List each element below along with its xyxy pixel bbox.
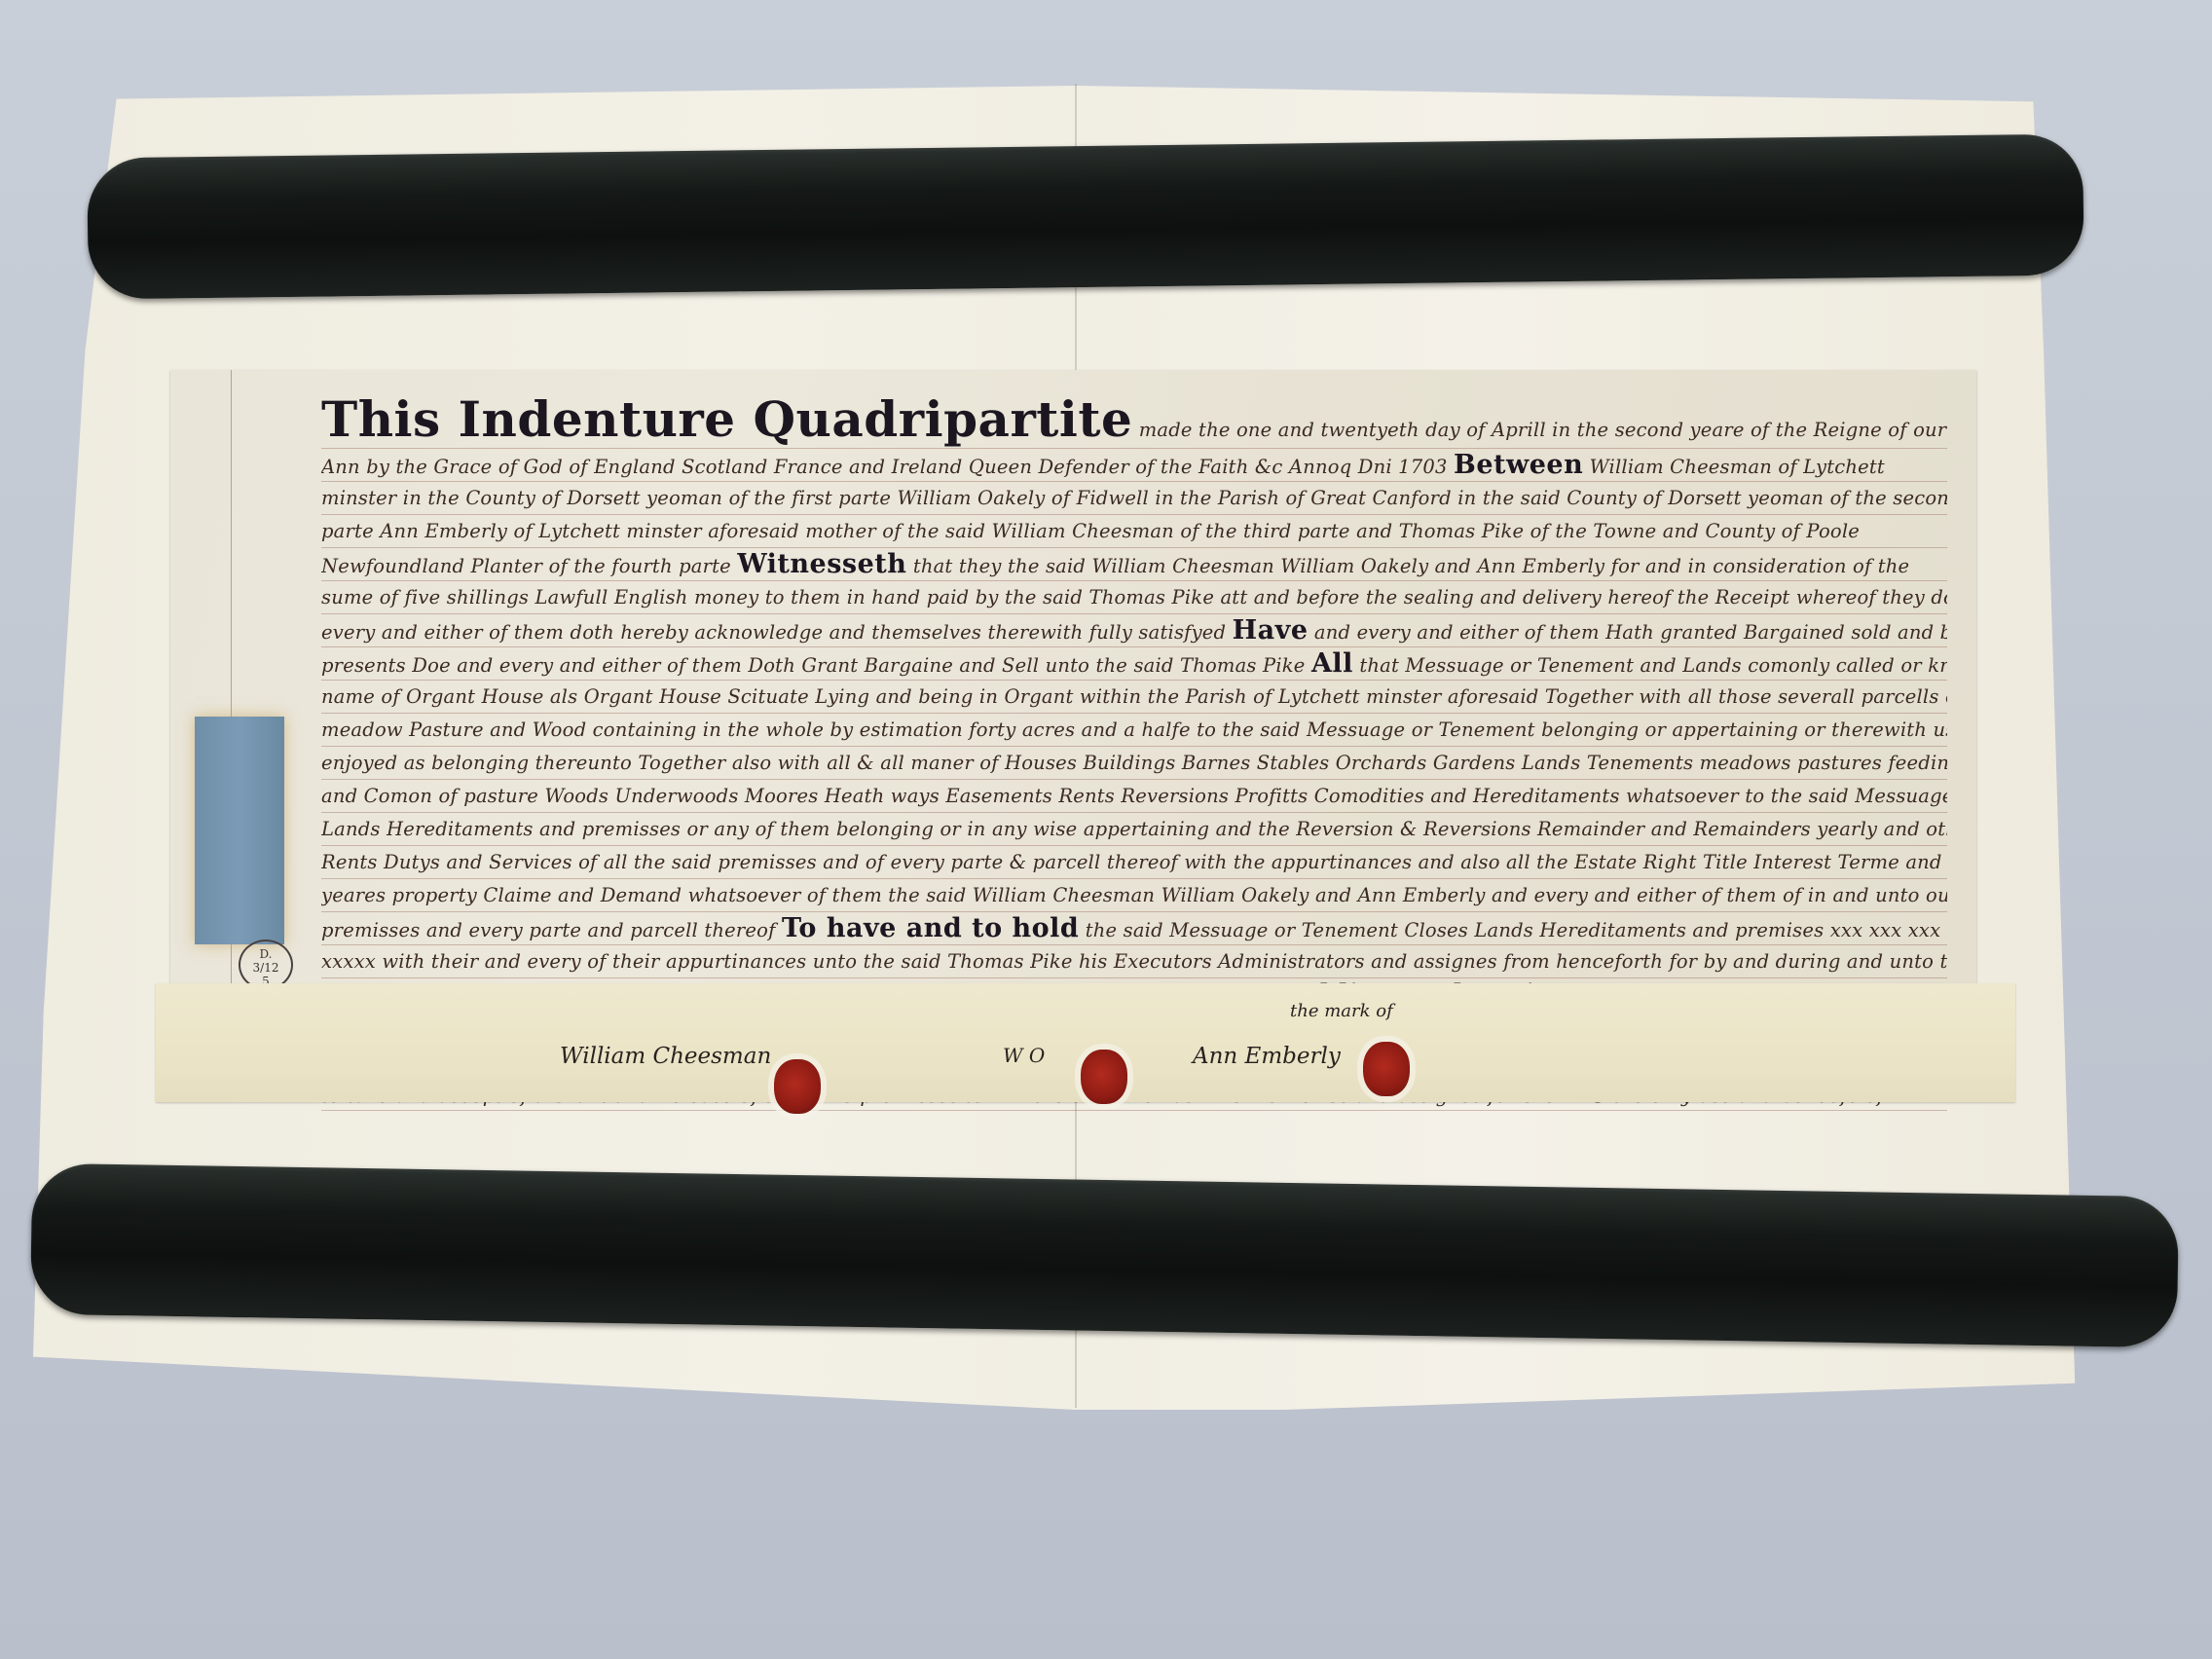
keyword-witnesseth: Witnesseth: [737, 549, 906, 579]
seal-strip: William Cheesman W O the mark of Ann Emb…: [156, 983, 2015, 1102]
blue-ribbon-tag: [195, 717, 284, 944]
deed-line-13: Lands Hereditaments and premisses or any…: [321, 813, 1947, 846]
deed-line-5: Newfoundland Planter of the fourth parte…: [321, 548, 1947, 581]
keyword-all: All: [1311, 648, 1353, 679]
deed-line-4: parte Ann Emberly of Lytchett minster af…: [321, 515, 1947, 548]
deed-line-8: presents Doe and every and either of the…: [321, 647, 1947, 681]
signature-ann-emberly: Ann Emberly: [1193, 1044, 1341, 1069]
wax-seal-3: [1363, 1042, 1410, 1096]
deed-line-9: name of Organt House als Organt House Sc…: [321, 681, 1947, 714]
deed-line-10: meadow Pasture and Wood containing in th…: [321, 714, 1947, 747]
indenture-parchment: This Indenture Quadripartite made the on…: [170, 370, 1976, 993]
deed-line-2: Ann by the Grace of God of England Scotl…: [321, 449, 1947, 482]
signature-note-mark-of: the mark of: [1290, 1001, 1393, 1021]
deed-line-6: sume of five shillings Lawfull English m…: [321, 581, 1947, 614]
deed-line-15: yeares property Claime and Demand whatso…: [321, 879, 1947, 912]
deed-line-11: enjoyed as belonging thereunto Together …: [321, 747, 1947, 780]
signature-william-cheesman: William Cheesman: [560, 1044, 771, 1069]
deed-heading: This Indenture Quadripartite: [321, 391, 1132, 448]
keyword-have: Have: [1233, 615, 1309, 645]
deed-line-17: xxxxx with their and every of their appu…: [321, 945, 1947, 978]
deed-line-14: Rents Dutys and Services of all the said…: [321, 846, 1947, 879]
keyword-to-have-and-to-hold: To have and to hold: [782, 913, 1079, 943]
deed-line-1: This Indenture Quadripartite made the on…: [321, 391, 1947, 449]
deed-line-7: every and either of them doth hereby ack…: [321, 614, 1947, 647]
top-document-weight[interactable]: [87, 133, 2084, 299]
deed-line-3: minster in the County of Dorsett yeoman …: [321, 482, 1947, 515]
signature-william-oakely-mark: W O: [1003, 1044, 1045, 1067]
keyword-between: Between: [1454, 450, 1583, 480]
wax-seal-1: [774, 1059, 821, 1114]
deed-line-16: premisses and every parte and parcell th…: [321, 912, 1947, 945]
wax-seal-2: [1081, 1050, 1127, 1104]
deed-line-12: and Comon of pasture Woods Underwoods Mo…: [321, 780, 1947, 813]
